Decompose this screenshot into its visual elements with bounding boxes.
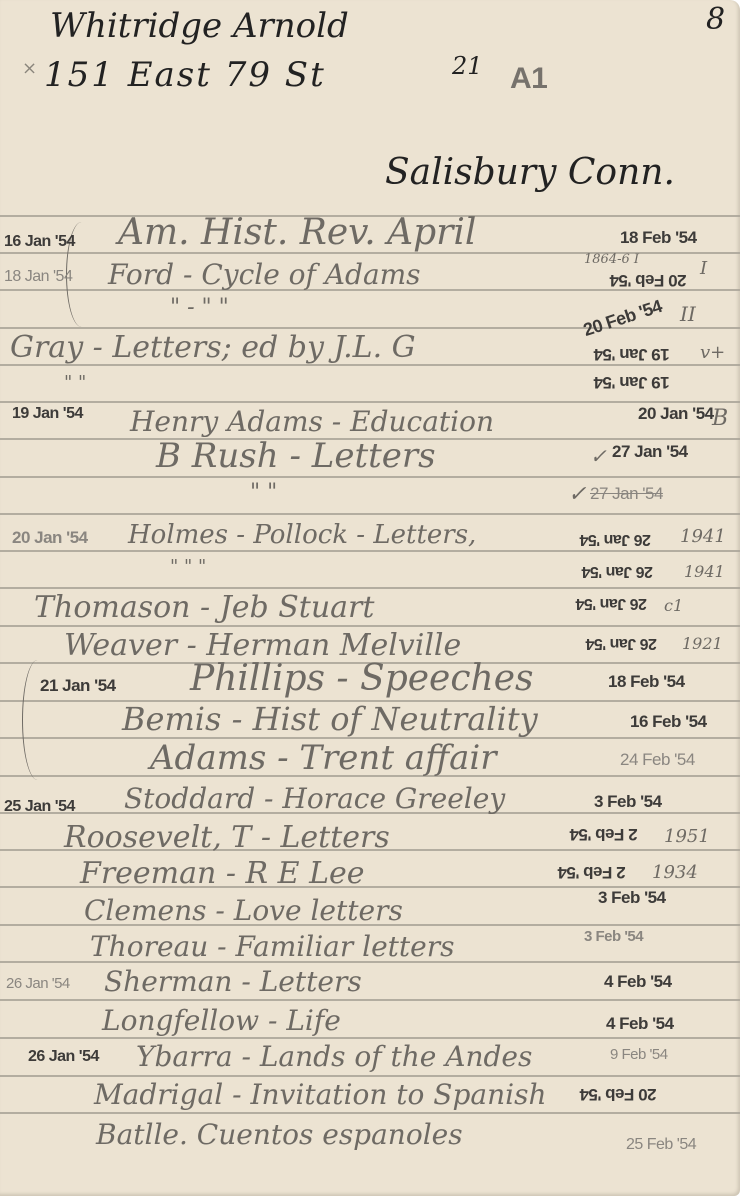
date-due-stamp: 26 Jan '54 [576, 594, 647, 612]
ruled-line [0, 550, 740, 552]
address-extra: 21 [452, 52, 483, 80]
margin-note: c1 [664, 596, 683, 615]
margin-note: II [680, 302, 696, 326]
library-borrower-card: Whitridge Arnold 8 × 151 East 79 St 21 A… [0, 0, 740, 1196]
margin-note: 1934 [652, 862, 698, 883]
ruled-line [0, 476, 740, 478]
book-title: Ford - Cycle of Adams [108, 258, 421, 291]
book-title: Freeman - R E Lee [80, 856, 365, 891]
ruled-line [0, 1037, 740, 1039]
date-out-stamp: 16 Jan '54 [4, 233, 75, 251]
check-mark: ✓ [590, 444, 607, 468]
margin-note: 1864-6 I [584, 252, 639, 267]
date-due-stamp: 26 Jan '54 [586, 634, 657, 652]
check-mark: ✓ [568, 482, 586, 507]
date-out-stamp: 26 Jan '54 [28, 1048, 99, 1066]
book-title: " " [250, 480, 277, 505]
date-out-stamp: 26 Jan '54 [6, 975, 70, 992]
address-line: 151 East 79 St [44, 55, 326, 95]
ruled-line [0, 1112, 740, 1114]
date-due-stamp: 20 Feb '54 [610, 270, 687, 290]
date-due-stamp: 4 Feb '54 [604, 972, 672, 992]
book-title: Ybarra - Lands of the Andes [136, 1040, 532, 1073]
ruled-line [0, 1075, 740, 1077]
date-out-stamp: 19 Jan '54 [12, 405, 83, 423]
date-due-stamp: 3 Feb '54 [594, 792, 662, 812]
date-due-stamp: 3 Feb '54 [584, 928, 643, 945]
margin-note: 1941 [684, 562, 725, 581]
book-title: Phillips - Speeches [190, 658, 533, 699]
margin-note: 1951 [664, 826, 710, 847]
date-due-stamp: 27 Jan '54 [612, 442, 688, 462]
card-number: 8 [706, 2, 725, 37]
book-title: " " [64, 372, 86, 393]
date-out-stamp: 20 Jan '54 [12, 528, 88, 548]
margin-note: v+ [700, 342, 725, 363]
code-stamp: A1 [510, 62, 547, 96]
book-title: Clemens - Love letters [84, 894, 403, 927]
date-due-stamp: 19 Jan '54 [594, 372, 670, 392]
date-out-stamp: 21 Jan '54 [40, 676, 116, 696]
margin-note: 1921 [682, 634, 723, 653]
book-title: B Rush - Letters [156, 436, 436, 476]
book-title: Longfellow - Life [102, 1004, 341, 1037]
margin-note: B [712, 406, 728, 431]
date-due-stamp: 24 Feb '54 [620, 750, 695, 770]
date-due-stamp: 3 Feb '54 [598, 888, 666, 908]
ruled-line [0, 999, 740, 1001]
date-due-stamp: 26 Jan '54 [580, 530, 651, 548]
book-title: Henry Adams - Education [130, 405, 494, 438]
date-due-stamp: 25 Feb '54 [626, 1136, 696, 1154]
ruled-line [0, 513, 740, 515]
date-due-stamp: 4 Feb '54 [606, 1014, 674, 1034]
cross-mark: × [22, 58, 37, 79]
date-due-stamp: 20 Jan '54 [638, 404, 714, 424]
margin-note: I [700, 258, 707, 279]
book-title: Am. Hist. Rev. April [118, 212, 476, 253]
date-due-stamp: 18 Feb '54 [620, 228, 697, 248]
book-title: Gray - Letters; ed by J.L. G [10, 330, 416, 365]
date-due-stamp: 26 Jan '54 [582, 562, 653, 580]
book-title: Adams - Trent affair [150, 738, 497, 778]
book-title: Madrigal - Invitation to Spanish [94, 1078, 546, 1111]
book-title: Thomason - Jeb Stuart [34, 590, 374, 625]
date-due-stamp: 18 Feb '54 [608, 672, 685, 692]
book-title: Roosevelt, T - Letters [64, 820, 390, 855]
date-due-stamp: 20 Feb '54 [580, 1084, 657, 1104]
date-due-stamp: 27 Jan '54 [590, 484, 663, 504]
date-out-stamp: 18 Jan '54 [4, 268, 72, 286]
date-due-stamp: 9 Feb '54 [610, 1046, 668, 1063]
book-title: Thoreau - Familiar letters [90, 930, 454, 963]
book-title: Sherman - Letters [104, 965, 362, 998]
book-title: Bemis - Hist of Neutrality [122, 700, 538, 738]
book-title: " - " " [170, 295, 229, 320]
book-title: " " " [170, 556, 206, 577]
date-out-stamp: 25 Jan '54 [4, 798, 75, 816]
date-due-stamp: 2 Feb '54 [558, 862, 626, 882]
date-due-stamp: 2 Feb '54 [570, 824, 638, 844]
date-due-stamp: 16 Feb '54 [630, 712, 707, 732]
book-title: Batlle. Cuentos espanoles [96, 1118, 463, 1151]
margin-note: 1941 [680, 526, 726, 547]
ruled-line [0, 625, 740, 627]
book-title: Holmes - Pollock - Letters, [128, 520, 476, 550]
ruled-line [0, 401, 740, 403]
alt-address: Salisbury Conn. [385, 152, 675, 193]
book-title: Stoddard - Horace Greeley [124, 782, 505, 815]
ruled-line [0, 587, 740, 589]
borrower-name: Whitridge Arnold [50, 6, 349, 46]
date-due-stamp: 20 Feb '54 [581, 296, 665, 341]
date-due-stamp: 19 Jan '54 [594, 344, 670, 364]
